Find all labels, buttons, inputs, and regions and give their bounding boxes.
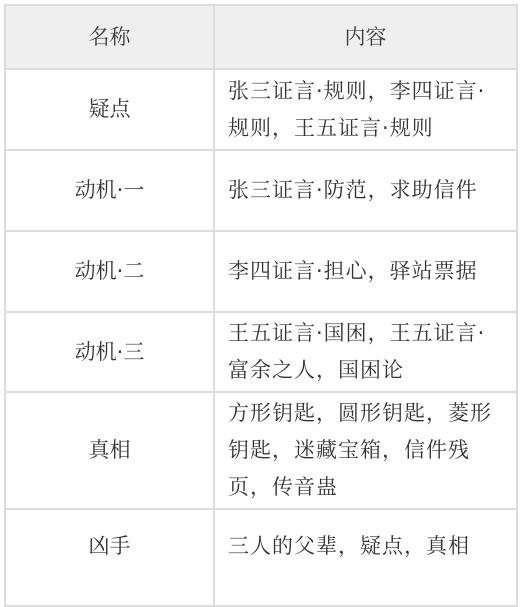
row-content-cell: 三人的父辈，疑点，真相 xyxy=(214,509,517,544)
row-content-cell: 李四证言·担心，驿站票据 xyxy=(214,231,517,312)
table-row: 动机·三 王五证言·国困，王五证言·富余之人，国困论 xyxy=(5,312,517,392)
table-row: 疑点 张三证言·规则，李四证言·规则，王五证言·规则 xyxy=(5,69,517,150)
row-name-cell: 动机·一 xyxy=(5,150,214,231)
row-name-cell: 真相 xyxy=(5,392,214,509)
column-header-content: 内容 xyxy=(214,5,517,69)
row-name-cell: 疑点 xyxy=(5,69,214,150)
column-header-name: 名称 xyxy=(5,5,214,69)
row-name-cell: 动机·三 xyxy=(5,312,214,392)
row-name-cell: 凶手 xyxy=(5,509,214,544)
row-content-cell: 王五证言·国困，王五证言·富余之人，国困论 xyxy=(214,312,517,392)
table-row: 动机·一 张三证言·防范，求助信件 xyxy=(5,150,517,231)
table-row: 动机·二 李四证言·担心，驿站票据 xyxy=(5,231,517,312)
row-name-cell: 动机·二 xyxy=(5,231,214,312)
row-content-cell: 张三证言·防范，求助信件 xyxy=(214,150,517,231)
table-header-row: 名称 内容 xyxy=(5,5,517,69)
row-content-cell: 张三证言·规则，李四证言·规则，王五证言·规则 xyxy=(214,69,517,150)
row-content-cell: 方形钥匙，圆形钥匙，菱形钥匙，迷藏宝箱，信件残页，传音蛊 xyxy=(214,392,517,509)
clue-table: 名称 内容 疑点 张三证言·规则，李四证言·规则，王五证言·规则 动机·一 张三… xyxy=(4,4,518,544)
table-row: 真相 方形钥匙，圆形钥匙，菱形钥匙，迷藏宝箱，信件残页，传音蛊 xyxy=(5,392,517,509)
table-row: 凶手 三人的父辈，疑点，真相 xyxy=(5,509,517,544)
